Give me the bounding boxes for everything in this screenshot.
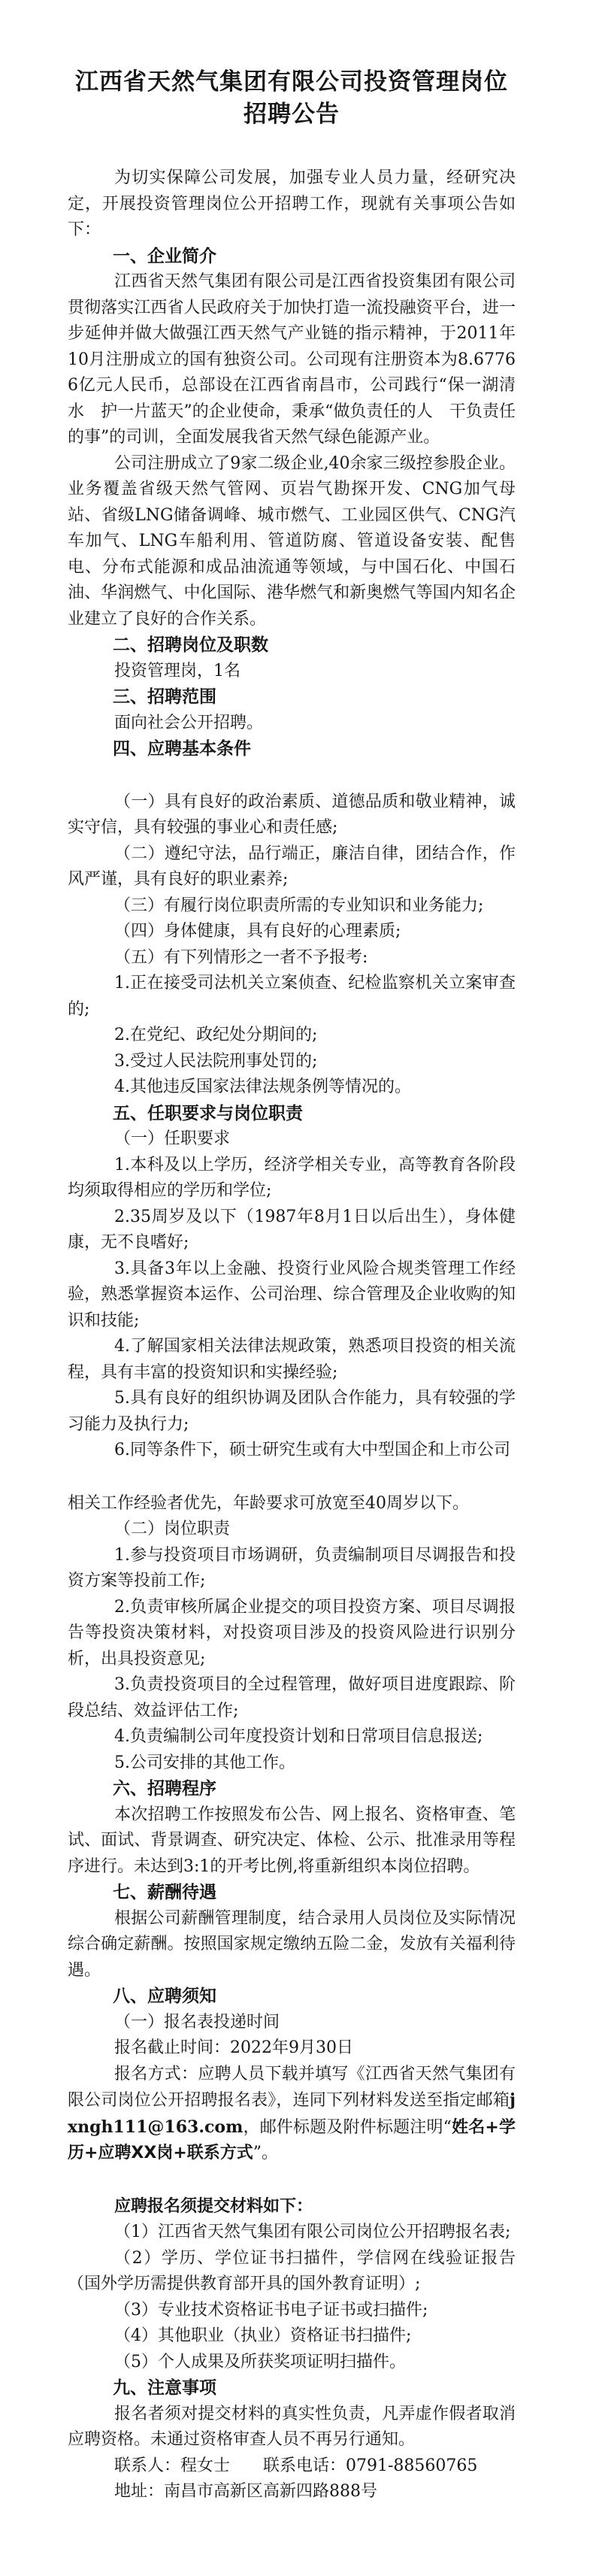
section-heading: 五、任职要求与岗位职责 [68, 1101, 516, 1127]
announcement-document: 江西省天然气集团有限公司投资管理岗位 招聘公告 为切实保障公司发展，加强专业人员… [0, 0, 596, 2576]
paragraph: （三）有履行岗位职责所需的专业知识和业务能力; [68, 893, 516, 920]
paragraph: 联系人：程女士 联系电话：0791-88560765 [68, 2453, 516, 2480]
page-break-gap [68, 1464, 516, 1491]
paragraph: 3.受过人民法院刑事处罚的; [68, 1049, 516, 1075]
paragraph: 本次招聘工作按照发布公告、网上报名、资格审查、笔试、面试、背景调查、研究决定、体… [68, 1802, 516, 1880]
paragraph: （五）有下列情形之一者不予报考: [68, 945, 516, 971]
paragraph: （二）岗位职责 [68, 1517, 516, 1543]
section-heading: 二、招聘岗位及职数 [68, 632, 516, 659]
paragraph: 投资管理岗，1名 [68, 659, 516, 685]
paragraph: （1）江西省天然气集团有限公司岗位公开招聘报名表; [68, 2220, 516, 2246]
paragraph: 3.负责投资项目的全过程管理，做好项目进度跟踪、阶段总结、效益评估工作; [68, 1672, 516, 1724]
paragraph: 2.负责审核所属企业提交的项目投资方案、项目尽调报告等投资决策材料，对投资项目涉… [68, 1595, 516, 1673]
paragraph: 2.在党纪、政纪处分期间的; [68, 1023, 516, 1049]
paragraph: 4.负责编制公司年度投资计划和日常项目信息报送; [68, 1724, 516, 1750]
paragraph: 2.35周岁及以下（1987年8月1日以后出生），身体健康，无不良嗜好; [68, 1205, 516, 1256]
paragraph: 3.具备3年以上金融、投资行业风险合规类管理工作经验，熟悉掌握资本运作、公司治理… [68, 1256, 516, 1335]
paragraph: 1.正在接受司法机关立案侦查、纪检监察机关立案审查的; [68, 971, 516, 1023]
page-break-gap [68, 2167, 516, 2194]
paragraph: 公司注册成立了9家二级企业,40余家三级控参股企业。业务覆盖省级天然气管网、页岩… [68, 451, 516, 633]
paragraph: 应聘报名须提交材料如下： [68, 2194, 516, 2220]
paragraph: 江西省天然气集团有限公司是江西省投资集团有限公司贯彻落实江西省人民政府关于加快打… [68, 269, 516, 451]
paragraph: 5.公司安排的其他工作。 [68, 1750, 516, 1777]
paragraph: 相关工作经验者优先，年龄要求可放宽至40周岁以下。 [68, 1491, 516, 1517]
document-body: 为切实保障公司发展，加强专业人员力量，经研究决定，开展投资管理岗位公开招聘工作，… [68, 165, 516, 2505]
paragraph: 报名方式：应聘人员下载并填写《江西省天然气集团有限公司岗位公开招聘报名表》，连同… [68, 2062, 516, 2167]
section-heading: 三、招聘范围 [68, 684, 516, 711]
text-segment: ”。 [253, 2144, 278, 2162]
section-heading: 九、注意事项 [68, 2375, 516, 2402]
paragraph: （5）个人成果及所获奖项证明扫描件。 [68, 2350, 516, 2376]
document-title-line-2: 招聘公告 [68, 98, 516, 131]
section-heading: 八、应聘须知 [68, 1984, 516, 2010]
paragraph: 报名截止时间：2022年9月30日 [68, 2035, 516, 2062]
text-segment: 报名方式：应聘人员下载并填写《江西省天然气集团有限公司岗位公开招聘报名表》，连同… [68, 2065, 516, 2111]
paragraph: 1.参与投资项目市场调研，负责编制项目尽调报告和投资方案等投前工作; [68, 1543, 516, 1595]
paragraph: （4）其他职业（执业）资格证书扫描件; [68, 2323, 516, 2350]
text-segment: ，邮件标题及附件标题注明“ [243, 2118, 452, 2137]
paragraph: （2）学历、学位证书扫描件，学信网在线验证报告（国外学历需提供教育部开具的国外教… [68, 2246, 516, 2298]
section-heading: 一、企业简介 [68, 244, 516, 270]
paragraph: 地址：南昌市高新区高新四路888号 [68, 2479, 516, 2505]
paragraph: （二）遵纪守法，品行端正，廉洁自律，团结合作，作风严谨，具有良好的职业素养; [68, 841, 516, 893]
paragraph: 面向社会公开招聘。 [68, 711, 516, 737]
paragraph: （3）专业技术资格证书电子证书或扫描件; [68, 2298, 516, 2324]
section-heading: 六、招聘程序 [68, 1776, 516, 1802]
paragraph: 根据公司薪酬管理制度，结合录用人员岗位及实际情况综合确定薪酬。按照国家规定缴纳五… [68, 1906, 516, 1984]
paragraph: 5.具有良好的组织协调及团队合作能力，具有较强的学习能力及执行力; [68, 1386, 516, 1438]
bold-text-segment: 应聘报名须提交材料如下： [114, 2197, 313, 2216]
document-title: 江西省天然气集团有限公司投资管理岗位 招聘公告 [68, 66, 516, 131]
paragraph: 为切实保障公司发展，加强专业人员力量，经研究决定，开展投资管理岗位公开招聘工作，… [68, 165, 516, 244]
paragraph: 1.本科及以上学历，经济学相关专业，高等教育各阶段均须取得相应的学历和学位; [68, 1153, 516, 1205]
document-title-line-1: 江西省天然气集团有限公司投资管理岗位 [68, 66, 516, 98]
paragraph: 报名者须对提交材料的真实性负责，凡弄虚作假者取消应聘资格。未通过资格审查人员不再… [68, 2402, 516, 2453]
paragraph: （一）报名表投递时间 [68, 2010, 516, 2036]
paragraph: 4.其他违反国家法律法规条例等情况的。 [68, 1074, 516, 1101]
paragraph: 4.了解国家相关法律法规政策，熟悉项目投资的相关流程，具有丰富的投资知识和实操经… [68, 1334, 516, 1386]
paragraph: （一）具有良好的政治素质、道德品质和敬业精神，诚实守信，具有较强的事业心和责任感… [68, 789, 516, 841]
section-heading: 四、应聘基本条件 [68, 736, 516, 762]
paragraph: （一）任职要求 [68, 1126, 516, 1153]
page-break-gap [68, 762, 516, 789]
paragraph: （四）身体健康，具有良好的心理素质; [68, 919, 516, 945]
section-heading: 七、薪酬待遇 [68, 1880, 516, 1906]
paragraph: 6.同等条件下，硕士研究生或有大中型国企和上市公司 [68, 1438, 516, 1464]
